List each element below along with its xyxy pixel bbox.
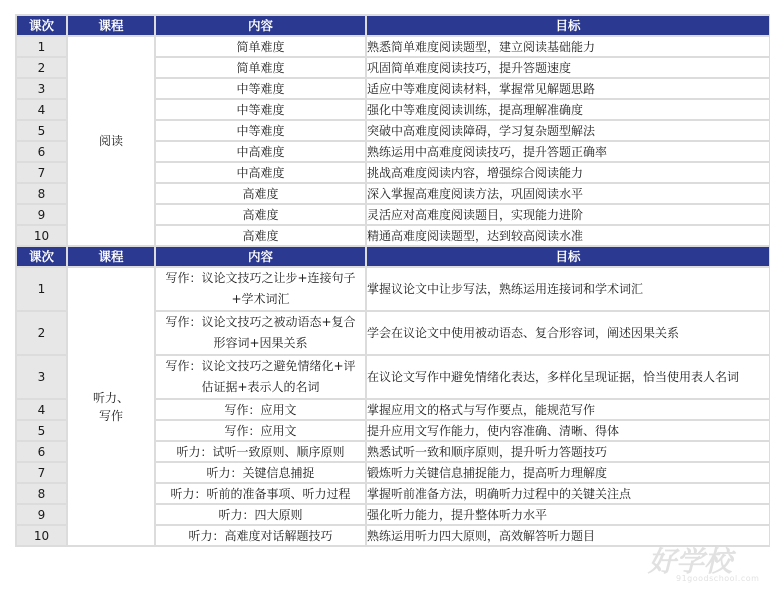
lesson-content: 听力：四大原则 [155, 504, 366, 525]
watermark-url: 91goodschool.com [676, 574, 759, 583]
lesson-goal: 掌握议论文中让步写法，熟练运用连接词和学术词汇 [366, 267, 770, 311]
lesson-content: 中高难度 [155, 141, 366, 162]
lesson-goal: 灵活应对高难度阅读题目，实现能力进阶 [366, 204, 770, 225]
header-content: 内容 [155, 246, 366, 267]
lesson-content: 简单难度 [155, 36, 366, 57]
table-row: 1 阅读 简单难度 熟悉简单难度阅读题型，建立阅读基础能力 [16, 36, 770, 57]
lesson-content: 听力：试听一致原则、顺序原则 [155, 441, 366, 462]
lesson-content: 中等难度 [155, 78, 366, 99]
lesson-number: 2 [16, 57, 67, 78]
lesson-content: 写作：应用文 [155, 420, 366, 441]
lesson-goal: 适应中等难度阅读材料，掌握常见解题思路 [366, 78, 770, 99]
lesson-number: 2 [16, 311, 67, 355]
lesson-content: 中高难度 [155, 162, 366, 183]
lesson-content: 听力：听前的准备事项、听力过程 [155, 483, 366, 504]
header-course: 课程 [67, 246, 155, 267]
lesson-number: 1 [16, 267, 67, 311]
lesson-content: 写作：议论文技巧之避免情绪化+评估证据+表示人的名词 [155, 355, 366, 399]
lesson-goal: 熟悉简单难度阅读题型，建立阅读基础能力 [366, 36, 770, 57]
course-schedule-table: 课次 课程 内容 目标 1 阅读 简单难度 熟悉简单难度阅读题型，建立阅读基础能… [15, 14, 770, 547]
lesson-content: 高难度 [155, 183, 366, 204]
lesson-number: 6 [16, 441, 67, 462]
lesson-goal: 熟练运用中高难度阅读技巧，提升答题正确率 [366, 141, 770, 162]
lesson-number: 3 [16, 78, 67, 99]
lesson-goal: 熟练运用听力四大原则，高效解答听力题目 [366, 525, 770, 546]
header-lesson-number: 课次 [16, 15, 67, 36]
header-content: 内容 [155, 15, 366, 36]
lesson-goal: 强化中等难度阅读训练，提高理解准确度 [366, 99, 770, 120]
lesson-content: 听力：高难度对话解题技巧 [155, 525, 366, 546]
lesson-goal: 深入掌握高难度阅读方法，巩固阅读水平 [366, 183, 770, 204]
lesson-number: 10 [16, 225, 67, 246]
lesson-content: 中等难度 [155, 99, 366, 120]
lesson-number: 7 [16, 462, 67, 483]
lesson-goal: 熟悉试听一致和顺序原则，提升听力答题技巧 [366, 441, 770, 462]
lesson-content: 写作：议论文技巧之被动语态+复合形容词+因果关系 [155, 311, 366, 355]
course-name-listening-writing: 听力、写作 [67, 267, 155, 546]
lesson-number: 4 [16, 99, 67, 120]
lesson-number: 5 [16, 420, 67, 441]
watermark-logo: 好学校 91goodschool.com [648, 540, 768, 590]
lesson-content: 简单难度 [155, 57, 366, 78]
lesson-number: 6 [16, 141, 67, 162]
course-name-reading: 阅读 [67, 36, 155, 246]
lesson-goal: 掌握听前准备方法，明确听力过程中的关键关注点 [366, 483, 770, 504]
lesson-number: 9 [16, 504, 67, 525]
header-course: 课程 [67, 15, 155, 36]
lesson-goal: 锻炼听力关键信息捕捉能力，提高听力理解度 [366, 462, 770, 483]
lesson-content: 听力：关键信息捕捉 [155, 462, 366, 483]
lesson-content: 高难度 [155, 225, 366, 246]
lesson-content: 高难度 [155, 204, 366, 225]
header-goal: 目标 [366, 246, 770, 267]
lesson-goal: 精通高难度阅读题型，达到较高阅读水准 [366, 225, 770, 246]
lesson-goal: 学会在议论文中使用被动语态、复合形容词，阐述因果关系 [366, 311, 770, 355]
header-lesson-number: 课次 [16, 246, 67, 267]
lesson-goal: 掌握应用文的格式与写作要点，能规范写作 [366, 399, 770, 420]
lesson-goal: 挑战高难度阅读内容，增强综合阅读能力 [366, 162, 770, 183]
lesson-goal: 巩固简单难度阅读技巧，提升答题速度 [366, 57, 770, 78]
lesson-goal: 突破中高难度阅读障碍，学习复杂题型解法 [366, 120, 770, 141]
table-header-row: 课次 课程 内容 目标 [16, 15, 770, 36]
lesson-content: 中等难度 [155, 120, 366, 141]
lesson-number: 3 [16, 355, 67, 399]
lesson-number: 7 [16, 162, 67, 183]
watermark-text: 好学校 [648, 545, 732, 578]
lesson-number: 9 [16, 204, 67, 225]
lesson-goal: 提升应用文写作能力，使内容准确、清晰、得体 [366, 420, 770, 441]
lesson-goal: 在议论文写作中避免情绪化表达，多样化呈现证据，恰当使用表人名词 [366, 355, 770, 399]
lesson-number: 10 [16, 525, 67, 546]
lesson-content: 写作：议论文技巧之让步+连接句子+学术词汇 [155, 267, 366, 311]
lesson-number: 8 [16, 483, 67, 504]
table-row: 1 听力、写作 写作：议论文技巧之让步+连接句子+学术词汇 掌握议论文中让步写法… [16, 267, 770, 311]
lesson-number: 4 [16, 399, 67, 420]
lesson-goal: 强化听力能力，提升整体听力水平 [366, 504, 770, 525]
table-header-row: 课次 课程 内容 目标 [16, 246, 770, 267]
header-goal: 目标 [366, 15, 770, 36]
lesson-number: 1 [16, 36, 67, 57]
lesson-number: 8 [16, 183, 67, 204]
lesson-number: 5 [16, 120, 67, 141]
lesson-content: 写作：应用文 [155, 399, 366, 420]
